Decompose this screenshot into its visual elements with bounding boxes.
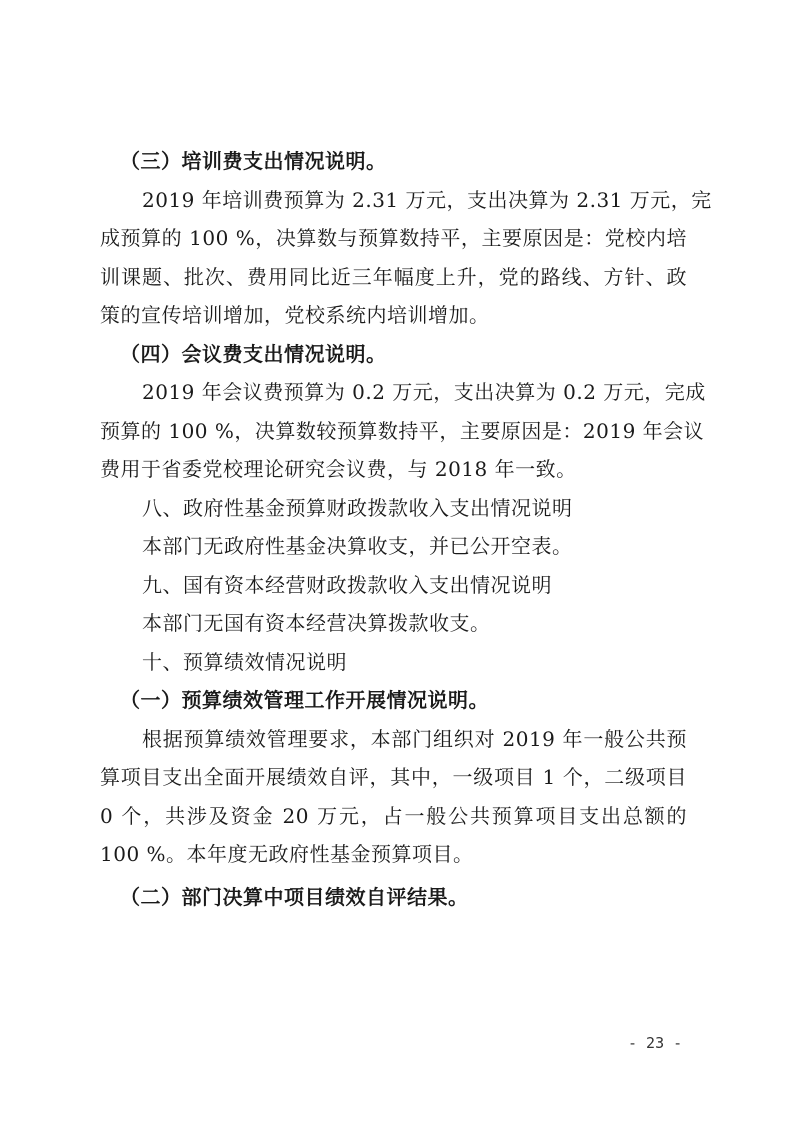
paragraph-line: 费用于省委党校理论研究会议费，与 2018 年一致。	[100, 450, 687, 489]
paragraph-line: 成预算的 100 %，决算数与预算数持平，主要原因是：党校内培	[100, 219, 687, 258]
page-number: - 23 -	[628, 1034, 682, 1052]
section-heading-state-capital: 九、国有资本经营财政拨款收入支出情况说明	[100, 566, 687, 605]
subsection-heading-performance-management: （一）预算绩效管理工作开展情况说明。	[100, 681, 687, 720]
paragraph-line: 2019 年会议费预算为 0.2 万元，支出决算为 0.2 万元，完成	[100, 373, 687, 412]
paragraph-line: 算项目支出全面开展绩效自评，其中，一级项目 1 个，二级项目	[100, 758, 687, 797]
paragraph-line: 训课题、批次、费用同比近三年幅度上升，党的路线、方针、政	[100, 258, 687, 297]
document-page: （三）培训费支出情况说明。 2019 年培训费预算为 2.31 万元，支出决算为…	[0, 0, 793, 1122]
paragraph-line: 本部门无政府性基金决算收支，并已公开空表。	[100, 527, 687, 566]
section-heading-government-fund: 八、政府性基金预算财政拨款收入支出情况说明	[100, 489, 687, 528]
subsection-heading-self-evaluation: （二）部门决算中项目绩效自评结果。	[100, 878, 687, 917]
section-heading-performance: 十、预算绩效情况说明	[100, 643, 687, 682]
section-heading-training-fee: （三）培训费支出情况说明。	[100, 142, 687, 181]
paragraph-line: 100 %。本年度无政府性基金预算项目。	[100, 835, 687, 874]
paragraph-line: 根据预算绩效管理要求，本部门组织对 2019 年一般公共预	[100, 720, 687, 759]
paragraph-line: 0 个，共涉及资金 20 万元，占一般公共预算项目支出总额的	[100, 797, 687, 836]
paragraph-line: 本部门无国有资本经营决算拨款收支。	[100, 604, 687, 643]
paragraph-line: 策的宣传培训增加，党校系统内培训增加。	[100, 296, 687, 335]
paragraph-line: 预算的 100 %，决算数较预算数持平，主要原因是：2019 年会议	[100, 412, 687, 451]
paragraph-line: 2019 年培训费预算为 2.31 万元，支出决算为 2.31 万元，完	[100, 181, 687, 220]
document-body: （三）培训费支出情况说明。 2019 年培训费预算为 2.31 万元，支出决算为…	[100, 142, 687, 916]
section-heading-meeting-fee: （四）会议费支出情况说明。	[100, 335, 687, 374]
